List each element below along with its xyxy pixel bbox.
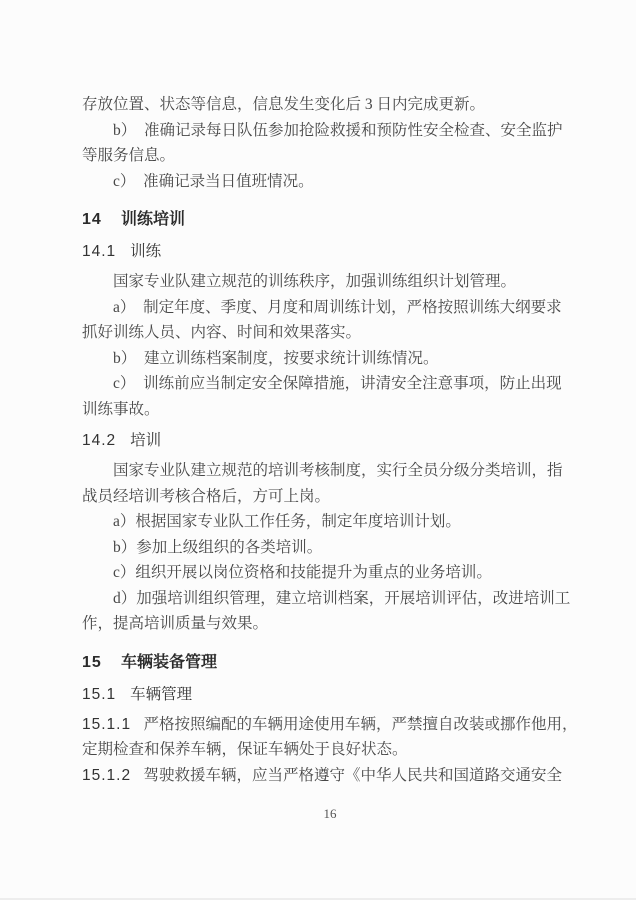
chapter-number: 15 bbox=[82, 654, 102, 671]
clause-paragraph: 15.1.1严格按照编配的车辆用途使用车辆，严禁擅自改装或挪作他用， 定期检查和… bbox=[82, 712, 578, 763]
paragraph: 存放位置、状态等信息，信息发生变化后 3 日内完成更新。 bbox=[82, 92, 578, 118]
subsection-number: 15.1 bbox=[82, 686, 116, 703]
paragraph: c）组织开展以岗位资格和技能提升为重点的业务培训。 bbox=[82, 560, 578, 586]
subsection-heading: 14.1训练 bbox=[82, 239, 578, 265]
paragraph: 国家专业队建立规范的培训考核制度，实行全员分级分类培训，指 战员经培训考核合格后… bbox=[82, 458, 578, 509]
chapter-heading: 15车辆装备管理 bbox=[82, 650, 578, 676]
chapter-title: 训练培训 bbox=[121, 211, 185, 228]
subsection-heading: 14.2培训 bbox=[82, 428, 578, 454]
paragraph: b）参加上级组织的各类培训。 bbox=[82, 535, 578, 561]
document-page: 存放位置、状态等信息，信息发生变化后 3 日内完成更新。 b） 准确记录每日队伍… bbox=[0, 0, 636, 900]
subsection-title: 培训 bbox=[130, 432, 161, 449]
paragraph: b） 建立训练档案制度，按要求统计训练情况。 bbox=[82, 346, 578, 372]
subsection-title: 车辆管理 bbox=[130, 686, 192, 703]
clause-number: 15.1.2 bbox=[82, 767, 131, 784]
paragraph: a） 制定年度、季度、月度和周训练计划，严格按照训练大纲要求 抓好训练人员、内容… bbox=[82, 295, 578, 346]
chapter-title: 车辆装备管理 bbox=[121, 654, 217, 671]
document-content: 存放位置、状态等信息，信息发生变化后 3 日内完成更新。 b） 准确记录每日队伍… bbox=[82, 92, 578, 788]
subsection-number: 14.2 bbox=[82, 432, 116, 449]
paragraph: a）根据国家专业队工作任务，制定年度培训计划。 bbox=[82, 509, 578, 535]
chapter-number: 14 bbox=[82, 211, 102, 228]
paragraph: 国家专业队建立规范的训练秩序，加强训练组织计划管理。 bbox=[82, 269, 578, 295]
chapter-heading: 14训练培训 bbox=[82, 207, 578, 233]
clause-text: 驾驶救援车辆，应当严格遵守《中华人民共和国道路交通安全 bbox=[144, 767, 563, 784]
clause-paragraph: 15.1.2驾驶救援车辆，应当严格遵守《中华人民共和国道路交通安全 bbox=[82, 763, 578, 789]
subsection-heading: 15.1车辆管理 bbox=[82, 682, 578, 708]
paragraph: b） 准确记录每日队伍参加抢险救援和预防性安全检查、安全监护 等服务信息。 bbox=[82, 118, 578, 169]
paragraph: c） 训练前应当制定安全保障措施，讲清安全注意事项，防止出现 训练事故。 bbox=[82, 371, 578, 422]
paragraph: c） 准确记录当日值班情况。 bbox=[82, 169, 578, 195]
page-number: 16 bbox=[82, 804, 578, 824]
clause-number: 15.1.1 bbox=[82, 716, 131, 733]
subsection-number: 14.1 bbox=[82, 243, 116, 260]
subsection-title: 训练 bbox=[130, 243, 161, 260]
clause-text: 严格按照编配的车辆用途使用车辆，严禁擅自改装或挪作他用， 定期检查和保养车辆，保… bbox=[82, 716, 578, 759]
paragraph: d）加强培训组织管理，建立培训档案，开展培训评估，改进培训工 作，提高培训质量与… bbox=[82, 586, 578, 637]
